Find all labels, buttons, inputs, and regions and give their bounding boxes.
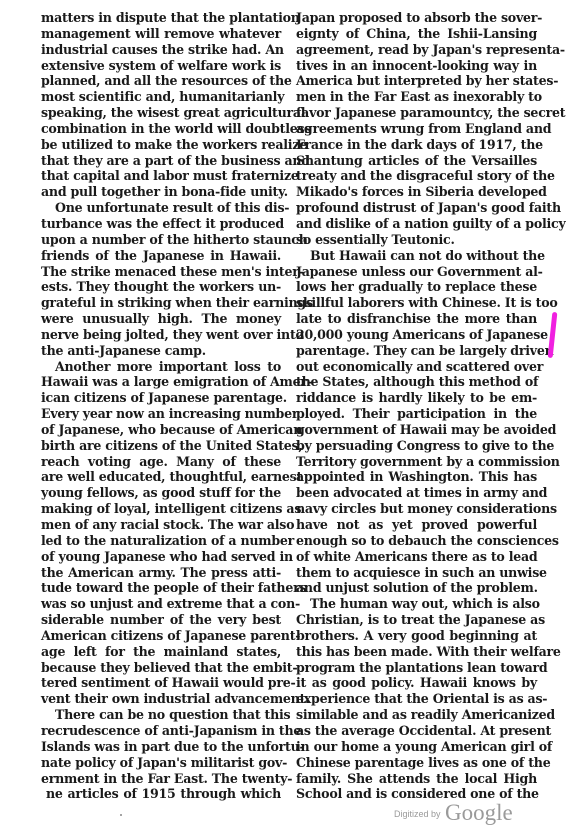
text-line: industrial causes the strike had. An [41,42,281,58]
text-line: appointed in Washington. This has [296,469,537,485]
text-line: of young Japanese who had served in [41,549,281,565]
text-line: brothers. A very good beginning at [296,628,537,644]
digitized-by-google-watermark: Digitized by Google [394,800,513,826]
text-line: Territory government by a commission [296,454,537,470]
text-line: recrudescence of anti-Japanism in the [41,723,281,739]
text-line: ne articles of 1915 through which [41,786,281,802]
text-line: Chinese parentage lives as one of the [296,755,537,771]
left-text-column: matters in dispute that the plantationma… [41,10,281,802]
text-line: birth are citizens of the United States, [41,438,281,454]
text-line: planned, and all the resources of the [41,73,281,89]
text-line: matters in dispute that the plantation [41,10,281,26]
text-line: skillful laborers with Chinese. It is to… [296,295,537,311]
text-line: tives in an innocent-looking way in [296,58,537,74]
text-line: them to acquiesce in such an unwise [296,565,537,581]
text-line: Shantung articles of the Versailles [296,153,537,169]
text-line: and pull together in bona-fide unity. [41,184,281,200]
text-line: age left for the mainland states, [41,644,281,660]
text-line: One unfortunate result of this dis- [41,200,281,216]
text-line: have not as yet proved powerful [296,517,537,533]
text-line: men in the Far East as inexorably to [296,89,537,105]
text-line: eignty of China, the Ishii-Lansing [296,26,537,42]
scan-speck [292,476,294,478]
text-line: vent their own industrial advancement. [41,691,281,707]
text-line: in our home a young American girl of [296,739,537,755]
text-line: Islands was in part due to the unfortu- [41,739,281,755]
text-line: agreement, read by Japan's representa- [296,42,537,58]
watermark-prefix: Digitized by [394,809,441,819]
text-line: friends of the Japanese in Hawaii. [41,248,281,264]
text-line: program the plantations lean toward [296,660,537,676]
text-line: that capital and labor must fraternize [41,168,281,184]
text-line: tered sentiment of Hawaii would pre- [41,675,281,691]
text-line: reach voting age. Many of these [41,454,281,470]
text-line: navy circles but money considerations [296,501,537,517]
text-line: young fellows, as good stuff for the [41,485,281,501]
text-line: nate policy of Japan's militarist gov- [41,755,281,771]
text-line: turbance was the effect it produced [41,216,281,232]
text-line: Mikado's forces in Siberia developed [296,184,537,200]
text-line: nerve being jolted, they went over into [41,327,281,343]
text-line: experience that the Oriental is as as- [296,691,537,707]
text-line: government of Hawaii may be avoided [296,422,537,438]
scan-speck [120,814,122,816]
text-line: by persuading Congress to give to the [296,438,537,454]
text-line: Another more important loss to [41,359,281,375]
text-line: Japanese unless our Government al- [296,264,537,280]
text-line: speaking, the wisest great agricultural [41,105,281,121]
text-line: ernment in the Far East. The twenty- [41,771,281,787]
text-line: parentage. They can be largely driven [296,343,537,359]
text-line: of Japanese, who because of American [41,422,281,438]
right-text-column: Japan proposed to absorb the sover-eignt… [296,10,537,802]
scanned-page: matters in dispute that the plantationma… [0,0,566,826]
text-line: led to the naturalization of a number [41,533,281,549]
scan-speck [246,209,248,211]
text-line: family. She attends the local High [296,771,537,787]
text-line: ests. They thought the workers un- [41,279,281,295]
text-line: favor Japanese paramountcy, the secret [296,105,537,121]
text-line: agreements wrung from England and [296,121,537,137]
text-line: men of any racial stock. The war also [41,517,281,533]
text-line: Hawaii was a large emigration of Amer- [41,374,281,390]
text-line: was so unjust and extreme that a con- [41,596,281,612]
text-line: as the average Occidental. At present [296,723,537,739]
text-line: enough so to debauch the consciences [296,533,537,549]
highlighter-margin-mark [548,312,558,358]
text-line: similable and as readily Americanized [296,707,537,723]
text-line: that they are a part of the business and [41,153,281,169]
text-line: the anti-Japanese camp. [41,343,281,359]
text-line: profound distrust of Japan's good faith [296,200,537,216]
text-line: and dislike of a nation guilty of a poli… [296,216,537,232]
text-line: were unusually high. The money [41,311,281,327]
text-line: lows her gradually to replace these [296,279,537,295]
text-line: late to disfranchise the more than [296,311,537,327]
text-line: this has been made. With their welfare [296,644,537,660]
text-line: of white Americans there as to lead [296,549,537,565]
text-line: and unjust solution of the problem. [296,580,537,596]
text-line: combination in the world will doubtless [41,121,281,137]
text-line: Japan proposed to absorb the sover- [296,10,537,26]
text-line: are well educated, thoughtful, earnest [41,469,281,485]
text-line: riddance is hardly likely to be em- [296,390,537,406]
text-line: treaty and the disgraceful story of the [296,168,537,184]
text-line: 20,000 young Americans of Japanese [296,327,537,343]
text-line: most scientific and, humanitarianly [41,89,281,105]
text-line: Christian, is to treat the Japanese as [296,612,537,628]
text-line: out economically and scattered over [296,359,537,375]
text-line: There can be no question that this [41,707,281,723]
text-line: America but interpreted by her states- [296,73,537,89]
text-line: ployed. Their participation in the [296,406,537,422]
text-line: because they believed that the embit- [41,660,281,676]
text-line: The strike menaced these men's inter- [41,264,281,280]
text-line: Every year now an increasing number [41,406,281,422]
text-line: be utilized to make the workers realize [41,137,281,153]
google-logo-text: Google [445,800,513,825]
text-line: the States, although this method of [296,374,537,390]
text-line: been advocated at times in army and [296,485,537,501]
text-line: The human way out, which is also [296,596,537,612]
text-line: so essentially Teutonic. [296,232,537,248]
text-line: making of loyal, intelligent citizens as [41,501,281,517]
text-line: upon a number of the hitherto staunch [41,232,281,248]
text-line: the American army. The press atti- [41,565,281,581]
text-line: ican citizens of Japanese parentage. [41,390,281,406]
text-line: extensive system of welfare work is [41,58,281,74]
text-line: siderable number of the very best [41,612,281,628]
text-line: grateful in striking when their earnings [41,295,281,311]
text-line: But Hawaii can not do without the [296,248,537,264]
text-line: American citizens of Japanese parent- [41,628,281,644]
text-line: France in the dark days of 1917, the [296,137,537,153]
text-line: tude toward the people of their fathers [41,580,281,596]
text-line: management will remove whatever [41,26,281,42]
text-line: it as good policy. Hawaii knows by [296,675,537,691]
